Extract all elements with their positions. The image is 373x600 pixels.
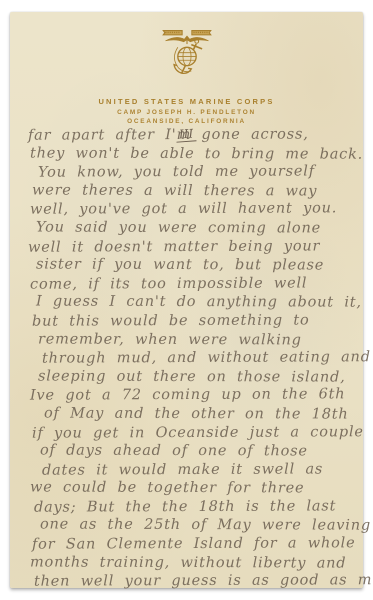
- handwritten-line: one as the 25th of May were leaving: [10, 516, 363, 536]
- letterhead-city: OCEANSIDE, CALIFORNIA: [10, 118, 363, 125]
- handwritten-line: were theres a will theres a way: [10, 181, 363, 201]
- handwritten-line: days; But the the 18th is the last: [10, 497, 363, 517]
- handwritten-line: well it doesn't matter being your: [10, 237, 363, 257]
- letter-paper: UNITED STATES MARINE CORPS CAMP JOSEPH H…: [10, 12, 363, 588]
- handwritten-line: but this would be something to: [10, 311, 363, 331]
- handwritten-line: for San Clemente Island for a whole: [10, 534, 363, 554]
- handwritten-line: come, if its too impossible well: [10, 274, 363, 294]
- handwritten-line: then well your guess is as good as mine.: [10, 571, 363, 591]
- handwritten-line: well, you've got a will havent you.: [10, 200, 363, 220]
- handwritten-line: months training, without liberty and: [10, 553, 363, 573]
- handwritten-line: of days ahead of one of those: [10, 441, 363, 461]
- usmc-eagle-globe-anchor-icon: [160, 26, 214, 93]
- handwritten-line: sister if you want to, but please: [10, 256, 363, 276]
- handwritten-line: we could be together for three: [10, 479, 363, 499]
- handwritten-line: sleeping out there on those island,: [10, 367, 363, 387]
- handwritten-line: Ive got a 72 coming up on the 6th: [10, 386, 363, 406]
- letterhead-org: UNITED STATES MARINE CORPS: [10, 97, 363, 106]
- handwritten-line: through mud, and without eating and: [10, 348, 363, 368]
- handwritten-line: You said you were coming alone: [10, 218, 363, 238]
- letterhead-camp: CAMP JOSEPH H. PENDLETON: [10, 109, 363, 116]
- letter-body: far apart after I'm gone across, they wo…: [10, 126, 363, 591]
- handwritten-line: remember, when were walking: [10, 330, 363, 350]
- handwritten-line: dates it would make it swell as: [10, 460, 363, 480]
- handwritten-line: You know, you told me yourself: [10, 162, 363, 182]
- handwritten-line: they won't be able to bring me back.: [10, 144, 363, 164]
- handwritten-line: I guess I can't do anything about it,: [10, 293, 363, 313]
- handwritten-line: if you get in Oceanside just a couple: [10, 423, 363, 443]
- handwritten-line: far apart after I'm gone across,: [10, 125, 363, 145]
- handwritten-line: of May and the other on the 18th: [10, 404, 363, 424]
